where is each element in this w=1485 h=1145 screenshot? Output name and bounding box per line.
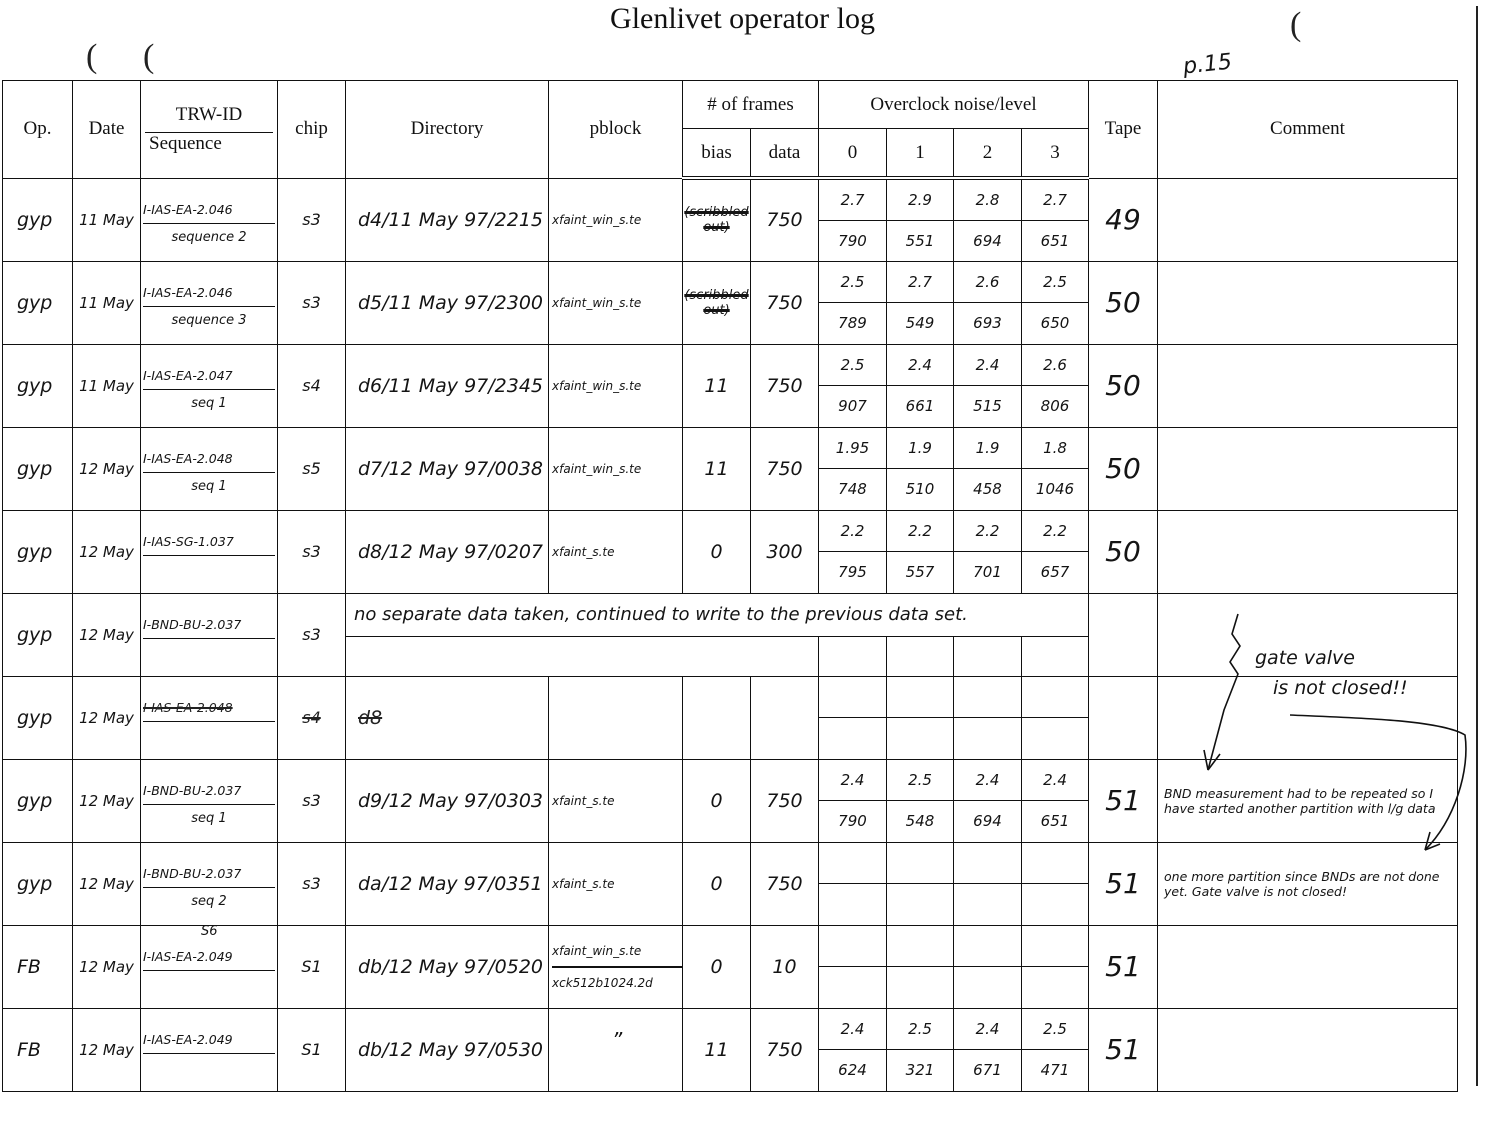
note-continuation — [346, 636, 819, 676]
overclock-value-level-1: 557 — [887, 552, 954, 594]
overclock-value-level-2: 693 — [954, 303, 1022, 345]
comment-cell — [1158, 178, 1458, 261]
overclock-noise-level-0: 2.5 — [819, 261, 887, 303]
chip-cell: s3 — [278, 178, 346, 261]
overclock-value-level-3: 651 — [1022, 220, 1089, 261]
pblock-value: xfaint_s.te — [552, 794, 682, 808]
overclock-noise-level-2: 2.2 — [954, 510, 1022, 552]
overclock-noise-level-3 — [1022, 925, 1089, 967]
header-frames: # of frames — [683, 81, 819, 129]
directory-cell: db/12 May 97/0520 — [346, 925, 549, 1008]
trw-id-value: I-IAS-EA-2.046 — [143, 277, 275, 307]
overclock-value-level-1: 548 — [887, 801, 954, 843]
comment-cell — [1158, 344, 1458, 427]
annotation-arrows — [1140, 600, 1480, 900]
overclock-value-level-0: 789 — [819, 303, 887, 345]
overclock-value-level-0: 795 — [819, 552, 887, 594]
operator-cell: FB — [3, 1008, 73, 1091]
trw-id-value: I-BND-BU-2.037 — [143, 858, 275, 888]
pblock-cell: xfaint_s.te — [549, 510, 683, 593]
comment-cell — [1158, 510, 1458, 593]
trw-id-cell: I-IAS-SG-1.037 — [141, 510, 278, 593]
date-cell: 12 May — [73, 676, 141, 759]
date-cell: 11 May — [73, 178, 141, 261]
trw-id-value: I-IAS-SG-1.037 — [143, 526, 275, 556]
header-trw-id-label: TRW-ID — [145, 104, 273, 133]
bias-frames-cell: 0 — [683, 510, 751, 593]
overclock-noise-level-3: 2.5 — [1022, 261, 1089, 303]
bias-frames-cell — [683, 676, 751, 759]
overclock-noise-level-1: 2.9 — [887, 178, 954, 220]
tape-cell: 50 — [1089, 510, 1158, 593]
overclock-noise-level-0: 2.2 — [819, 510, 887, 552]
pblock-value: xfaint_s.te — [552, 545, 682, 559]
overclock-value-level-3 — [1022, 884, 1089, 926]
noise-empty — [1022, 636, 1089, 676]
overclock-noise-level-2: 2.6 — [954, 261, 1022, 303]
header-level-3: 3 — [1022, 129, 1089, 179]
pblock-cell: xfaint_win_s.te — [549, 344, 683, 427]
overclock-noise-level-2: 2.4 — [954, 759, 1022, 801]
date-cell: 12 May — [73, 593, 141, 676]
directory-cell: da/12 May 97/0351 — [346, 842, 549, 925]
overclock-noise-level-2: 1.9 — [954, 427, 1022, 469]
noise-empty — [819, 636, 887, 676]
pblock-cell — [549, 676, 683, 759]
overclock-value-level-3: 1046 — [1022, 469, 1089, 511]
operator-cell: gyp — [3, 178, 73, 261]
pblock-cell: xfaint_win_s.texck512b1024.2d — [549, 925, 683, 1008]
overclock-noise-level-3: 2.2 — [1022, 510, 1089, 552]
operator-cell: gyp — [3, 427, 73, 510]
log-row: gyp11 MayI-IAS-EA-2.046sequence 3s3d5/11… — [3, 261, 1458, 303]
tape-cell: 51 — [1089, 925, 1158, 1008]
trw-id-cell: I-BND-BU-2.037seq 2 — [141, 842, 278, 925]
header-level-1: 1 — [887, 129, 954, 179]
chip-cell: s3 — [278, 593, 346, 676]
log-row: FB12 MayI-IAS-EA-2.049 S1db/12 May 97/05… — [3, 1008, 1458, 1050]
overclock-value-level-1: 661 — [887, 386, 954, 428]
overclock-value-level-1 — [887, 718, 954, 760]
data-frames-cell: 750 — [751, 1008, 819, 1091]
overclock-value-level-0: 790 — [819, 801, 887, 843]
overclock-noise-level-0: 2.4 — [819, 1008, 887, 1050]
pblock-cell: xfaint_win_s.te — [549, 427, 683, 510]
header-overclock: Overclock noise/level — [819, 81, 1089, 129]
overclock-noise-level-2 — [954, 925, 1022, 967]
chip-cell: s3 — [278, 510, 346, 593]
overclock-noise-level-2: 2.4 — [954, 1008, 1022, 1050]
comment-cell — [1158, 427, 1458, 510]
overclock-value-level-0: 790 — [819, 220, 887, 261]
directory-cell: d4/11 May 97/2215 — [346, 178, 549, 261]
tape-cell: 50 — [1089, 427, 1158, 510]
operator-log-table: Op. Date TRW-ID Sequence chip Directory … — [2, 80, 1458, 1092]
overclock-value-level-2 — [954, 967, 1022, 1009]
date-cell: 12 May — [73, 759, 141, 842]
header-bias: bias — [683, 129, 751, 179]
trw-id-value: I-IAS-EA-2.047 — [143, 360, 275, 390]
pblock-value: ” — [552, 1028, 682, 1052]
overclock-value-level-2: 515 — [954, 386, 1022, 428]
overclock-noise-level-3: 1.8 — [1022, 427, 1089, 469]
data-frames-cell: 300 — [751, 510, 819, 593]
bias-frames-cell: 0 — [683, 759, 751, 842]
overclock-value-level-2: 458 — [954, 469, 1022, 511]
bias-frames-cell: 11 — [683, 1008, 751, 1091]
overclock-noise-level-1 — [887, 925, 954, 967]
chip-cell: S1 — [278, 1008, 346, 1091]
tape-cell: 51 — [1089, 1008, 1158, 1091]
date-cell: 12 May — [73, 510, 141, 593]
sequence-value: sequence 3 — [141, 307, 277, 328]
overclock-value-level-2: 694 — [954, 801, 1022, 843]
date-cell: 11 May — [73, 344, 141, 427]
operator-cell: gyp — [3, 261, 73, 344]
date-cell: 12 May — [73, 925, 141, 1008]
header-trw-id: TRW-ID Sequence — [141, 81, 278, 179]
bias-frames-cell: 0 — [683, 925, 751, 1008]
header-tape: Tape — [1089, 81, 1158, 179]
tape-cell: 50 — [1089, 344, 1158, 427]
header-comment: Comment — [1158, 81, 1458, 179]
data-frames-cell: 750 — [751, 427, 819, 510]
operator-cell: gyp — [3, 510, 73, 593]
sequence-value: seq 1 — [141, 805, 277, 826]
overclock-value-level-1: 549 — [887, 303, 954, 345]
sequence-value: seq 1 — [141, 473, 277, 494]
overclock-noise-level-0 — [819, 925, 887, 967]
chip-cell: s4 — [278, 676, 346, 759]
overclock-value-level-1: 551 — [887, 220, 954, 261]
pblock-value: xfaint_win_s.te — [552, 944, 682, 958]
overclock-noise-level-0: 2.5 — [819, 344, 887, 386]
overclock-value-level-0: 624 — [819, 1050, 887, 1092]
margin-mark: ( — [86, 38, 97, 76]
chip-cell: s3 — [278, 759, 346, 842]
bias-frames-cell: 11 — [683, 427, 751, 510]
overclock-value-level-1 — [887, 967, 954, 1009]
data-frames-cell: 750 — [751, 178, 819, 261]
chip-cell: s4 — [278, 344, 346, 427]
sequence-value: seq 1 — [141, 390, 277, 411]
operator-cell: gyp — [3, 759, 73, 842]
sequence-value — [141, 639, 277, 660]
overclock-value-level-0: 907 — [819, 386, 887, 428]
overclock-value-level-2: 671 — [954, 1050, 1022, 1092]
pblock-alt-value: xck512b1024.2d — [552, 966, 682, 990]
bias-frames-cell: 0 — [683, 842, 751, 925]
log-row: gyp12 MayI-IAS-SG-1.037 s3d8/12 May 97/0… — [3, 510, 1458, 552]
sequence-value — [141, 556, 277, 577]
overclock-value-level-0 — [819, 884, 887, 926]
header-date: Date — [73, 81, 141, 179]
sequence-value — [141, 971, 277, 992]
overclock-noise-level-0: 1.95 — [819, 427, 887, 469]
page-title: Glenlivet operator log — [0, 2, 1485, 36]
trw-id-value: I-BND-BU-2.037 — [143, 609, 275, 639]
pblock-value: xfaint_win_s.te — [552, 379, 682, 393]
operator-cell: gyp — [3, 593, 73, 676]
overclock-value-level-3: 806 — [1022, 386, 1089, 428]
operator-cell: gyp — [3, 676, 73, 759]
pblock-cell: xfaint_win_s.te — [549, 178, 683, 261]
directory-cell: d6/11 May 97/2345 — [346, 344, 549, 427]
overclock-value-level-3: 650 — [1022, 303, 1089, 345]
trw-id-value: I-BND-BU-2.037 — [143, 775, 275, 805]
overclock-value-level-3 — [1022, 967, 1089, 1009]
pblock-value: xfaint_win_s.te — [552, 296, 682, 310]
date-cell: 12 May — [73, 1008, 141, 1091]
header-pblock: pblock — [549, 81, 683, 179]
pblock-value: xfaint_s.te — [552, 877, 682, 891]
noise-empty — [954, 636, 1022, 676]
overclock-noise-level-1: 2.4 — [887, 344, 954, 386]
overclock-noise-level-1: 2.5 — [887, 759, 954, 801]
header-chip: chip — [278, 81, 346, 179]
data-frames-cell — [751, 676, 819, 759]
date-cell: 11 May — [73, 261, 141, 344]
header-data: data — [751, 129, 819, 179]
chip-cell: s3 — [278, 842, 346, 925]
trw-id-cell: S6I-IAS-EA-2.049 — [141, 925, 278, 1008]
log-row: gyp11 MayI-IAS-EA-2.046sequence 2s3d4/11… — [3, 178, 1458, 220]
log-row: gyp12 MayI-IAS-EA-2.048seq 1s5d7/12 May … — [3, 427, 1458, 469]
date-cell: 12 May — [73, 427, 141, 510]
log-row: gyp11 MayI-IAS-EA-2.047seq 1s4d6/11 May … — [3, 344, 1458, 386]
trw-id-cell: I-IAS-EA-2.047seq 1 — [141, 344, 278, 427]
header-level-0: 0 — [819, 129, 887, 179]
comment-cell — [1158, 1008, 1458, 1091]
trw-id-cell: I-IAS-EA-2.049 — [141, 1008, 278, 1091]
noise-empty — [887, 636, 954, 676]
overclock-noise-level-1 — [887, 842, 954, 884]
chip-cell: S1 — [278, 925, 346, 1008]
overclock-noise-level-2: 2.4 — [954, 344, 1022, 386]
data-frames-cell: 10 — [751, 925, 819, 1008]
pblock-value: xfaint_win_s.te — [552, 462, 682, 476]
trw-id-cell: I-IAS-EA-2.046sequence 3 — [141, 261, 278, 344]
trw-id-value: I-IAS-EA-2.046 — [143, 194, 275, 224]
pblock-cell: ” — [549, 1008, 683, 1091]
overclock-value-level-2 — [954, 718, 1022, 760]
overclock-noise-level-1: 2.2 — [887, 510, 954, 552]
trw-id-cell: I-BND-BU-2.037seq 1 — [141, 759, 278, 842]
trw-id-correction: S6 — [201, 925, 218, 939]
overclock-noise-level-0: 2.4 — [819, 759, 887, 801]
overclock-value-level-0: 748 — [819, 469, 887, 511]
chip-cell: s3 — [278, 261, 346, 344]
directory-cell: d8 — [346, 676, 549, 759]
overclock-value-level-3 — [1022, 718, 1089, 760]
tape-cell: 50 — [1089, 261, 1158, 344]
trw-id-cell: I-BND-BU-2.037 — [141, 593, 278, 676]
pblock-cell: xfaint_win_s.te — [549, 261, 683, 344]
directory-cell: d7/12 May 97/0038 — [346, 427, 549, 510]
operator-cell: FB — [3, 925, 73, 1008]
bias-frames-cell: 11 — [683, 344, 751, 427]
sequence-value: sequence 2 — [141, 224, 277, 245]
trw-id-cell: I-IAS-EA-2.046sequence 2 — [141, 178, 278, 261]
pblock-cell: xfaint_s.te — [549, 759, 683, 842]
operator-cell: gyp — [3, 842, 73, 925]
overclock-value-level-2 — [954, 884, 1022, 926]
row-note: no separate data taken, continued to wri… — [346, 593, 1089, 636]
bias-frames-cell: (scribbled out) — [683, 261, 751, 344]
data-frames-cell: 750 — [751, 842, 819, 925]
overclock-value-level-2: 694 — [954, 220, 1022, 261]
header-op: Op. — [3, 81, 73, 179]
overclock-noise-level-3: 2.5 — [1022, 1008, 1089, 1050]
operator-cell: gyp — [3, 344, 73, 427]
overclock-value-level-0 — [819, 967, 887, 1009]
overclock-noise-level-0 — [819, 842, 887, 884]
overclock-noise-level-2 — [954, 842, 1022, 884]
page-number: p.15 — [1182, 50, 1233, 80]
margin-mark: ( — [1290, 6, 1301, 44]
data-frames-cell: 750 — [751, 759, 819, 842]
overclock-noise-level-0 — [819, 676, 887, 718]
overclock-value-level-0 — [819, 718, 887, 760]
overclock-value-level-1 — [887, 884, 954, 926]
overclock-noise-level-1: 2.5 — [887, 1008, 954, 1050]
header-level-2: 2 — [954, 129, 1022, 179]
directory-cell: db/12 May 97/0530 — [346, 1008, 549, 1091]
sequence-value: seq 2 — [141, 888, 277, 909]
directory-cell: d9/12 May 97/0303 — [346, 759, 549, 842]
overclock-noise-level-1: 1.9 — [887, 427, 954, 469]
overclock-value-level-2: 701 — [954, 552, 1022, 594]
pblock-value: xfaint_win_s.te — [552, 213, 682, 227]
header-sequence-label: Sequence — [141, 133, 277, 155]
trw-id-value: I-IAS-EA-2.049 — [143, 1024, 275, 1054]
trw-id-value: I-IAS-EA-2.049 — [143, 941, 275, 971]
overclock-value-level-1: 321 — [887, 1050, 954, 1092]
overclock-noise-level-3 — [1022, 676, 1089, 718]
overclock-noise-level-0: 2.7 — [819, 178, 887, 220]
sequence-value — [141, 722, 277, 743]
trw-id-value: I-IAS-EA-2.048 — [143, 443, 275, 473]
header-directory: Directory — [346, 81, 549, 179]
trw-id-cell: I-IAS-EA-2.048 — [141, 676, 278, 759]
trw-id-cell: I-IAS-EA-2.048seq 1 — [141, 427, 278, 510]
overclock-noise-level-3 — [1022, 842, 1089, 884]
overclock-noise-level-1: 2.7 — [887, 261, 954, 303]
margin-mark: ( — [143, 38, 154, 76]
comment-cell — [1158, 261, 1458, 344]
overclock-noise-level-3: 2.7 — [1022, 178, 1089, 220]
overclock-noise-level-2: 2.8 — [954, 178, 1022, 220]
overclock-value-level-3: 657 — [1022, 552, 1089, 594]
bias-frames-cell: (scribbled out) — [683, 178, 751, 261]
page-edge — [1476, 6, 1478, 1086]
overclock-value-level-3: 651 — [1022, 801, 1089, 843]
overclock-value-level-3: 471 — [1022, 1050, 1089, 1092]
sequence-value — [141, 1054, 277, 1075]
overclock-noise-level-3: 2.4 — [1022, 759, 1089, 801]
overclock-noise-level-3: 2.6 — [1022, 344, 1089, 386]
pblock-cell: xfaint_s.te — [549, 842, 683, 925]
chip-cell: s5 — [278, 427, 346, 510]
trw-id-value: I-IAS-EA-2.048 — [143, 692, 275, 722]
directory-cell: d8/12 May 97/0207 — [346, 510, 549, 593]
comment-cell — [1158, 925, 1458, 1008]
overclock-noise-level-1 — [887, 676, 954, 718]
overclock-value-level-1: 510 — [887, 469, 954, 511]
data-frames-cell: 750 — [751, 344, 819, 427]
date-cell: 12 May — [73, 842, 141, 925]
tape-cell: 49 — [1089, 178, 1158, 261]
log-row: FB12 MayS6I-IAS-EA-2.049 S1db/12 May 97/… — [3, 925, 1458, 967]
directory-cell: d5/11 May 97/2300 — [346, 261, 549, 344]
data-frames-cell: 750 — [751, 261, 819, 344]
overclock-noise-level-2 — [954, 676, 1022, 718]
